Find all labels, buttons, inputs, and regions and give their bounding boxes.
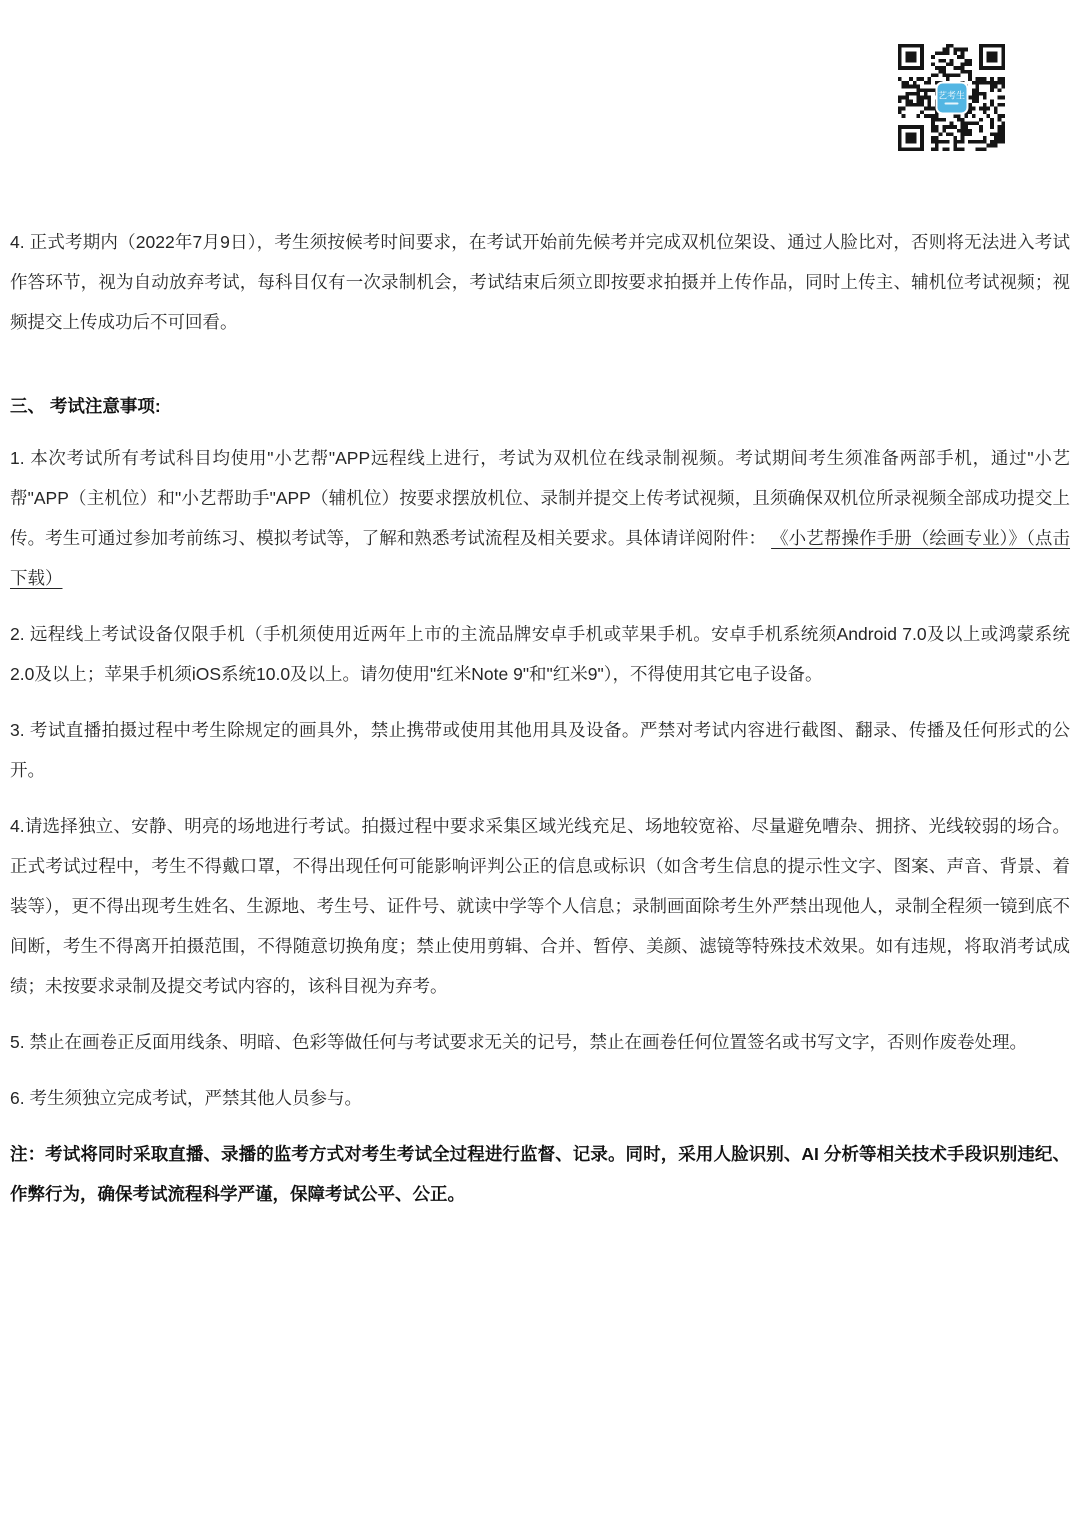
notice-item-5: 5. 禁止在画卷正反面用线条、明暗、色彩等做任何与考试要求无关的记号，禁止在画卷…: [10, 1022, 1070, 1062]
notice-item-4: 4.请选择独立、安静、明亮的场地进行考试。拍摄过程中要求采集区域光线充足、场地较…: [10, 806, 1070, 1006]
qr-logo-text: 艺考生: [938, 91, 965, 101]
qr-logo-subtitle-bar: [945, 103, 959, 105]
section-heading: 三、 考试注意事项:: [10, 386, 1070, 426]
qr-center-logo: 艺考生: [935, 81, 968, 114]
paragraph-exam-schedule: 4. 正式考期内（2022年7月9日），考生须按候考时间要求，在考试开始前先候考…: [10, 222, 1070, 342]
notice-item-3: 3. 考试直播拍摄过程中考生除规定的画具外，禁止携带或使用其他用具及设备。严禁对…: [10, 710, 1070, 790]
notice-item-2: 2. 远程线上考试设备仅限手机（手机须使用近两年上市的主流品牌安卓手机或苹果手机…: [10, 614, 1070, 694]
notice-item-1: 1. 本次考试所有考试科目均使用"小艺帮"APP远程线上进行，考试为双机位在线录…: [10, 438, 1070, 598]
document-page: 艺考生 4. 正式考期内（2022年7月9日），考生须按候考时间要求，在考试开始…: [0, 0, 1080, 1528]
notice-item-6: 6. 考生须独立完成考试，严禁其他人员参与。: [10, 1078, 1070, 1118]
document-body: 4. 正式考期内（2022年7月9日），考生须按候考时间要求，在考试开始前先候考…: [10, 222, 1070, 1230]
qr-code: 艺考生: [898, 44, 1005, 151]
supervision-note: 注：考试将同时采取直播、录播的监考方式对考生考试全过程进行监督、记录。同时，采用…: [10, 1134, 1070, 1214]
